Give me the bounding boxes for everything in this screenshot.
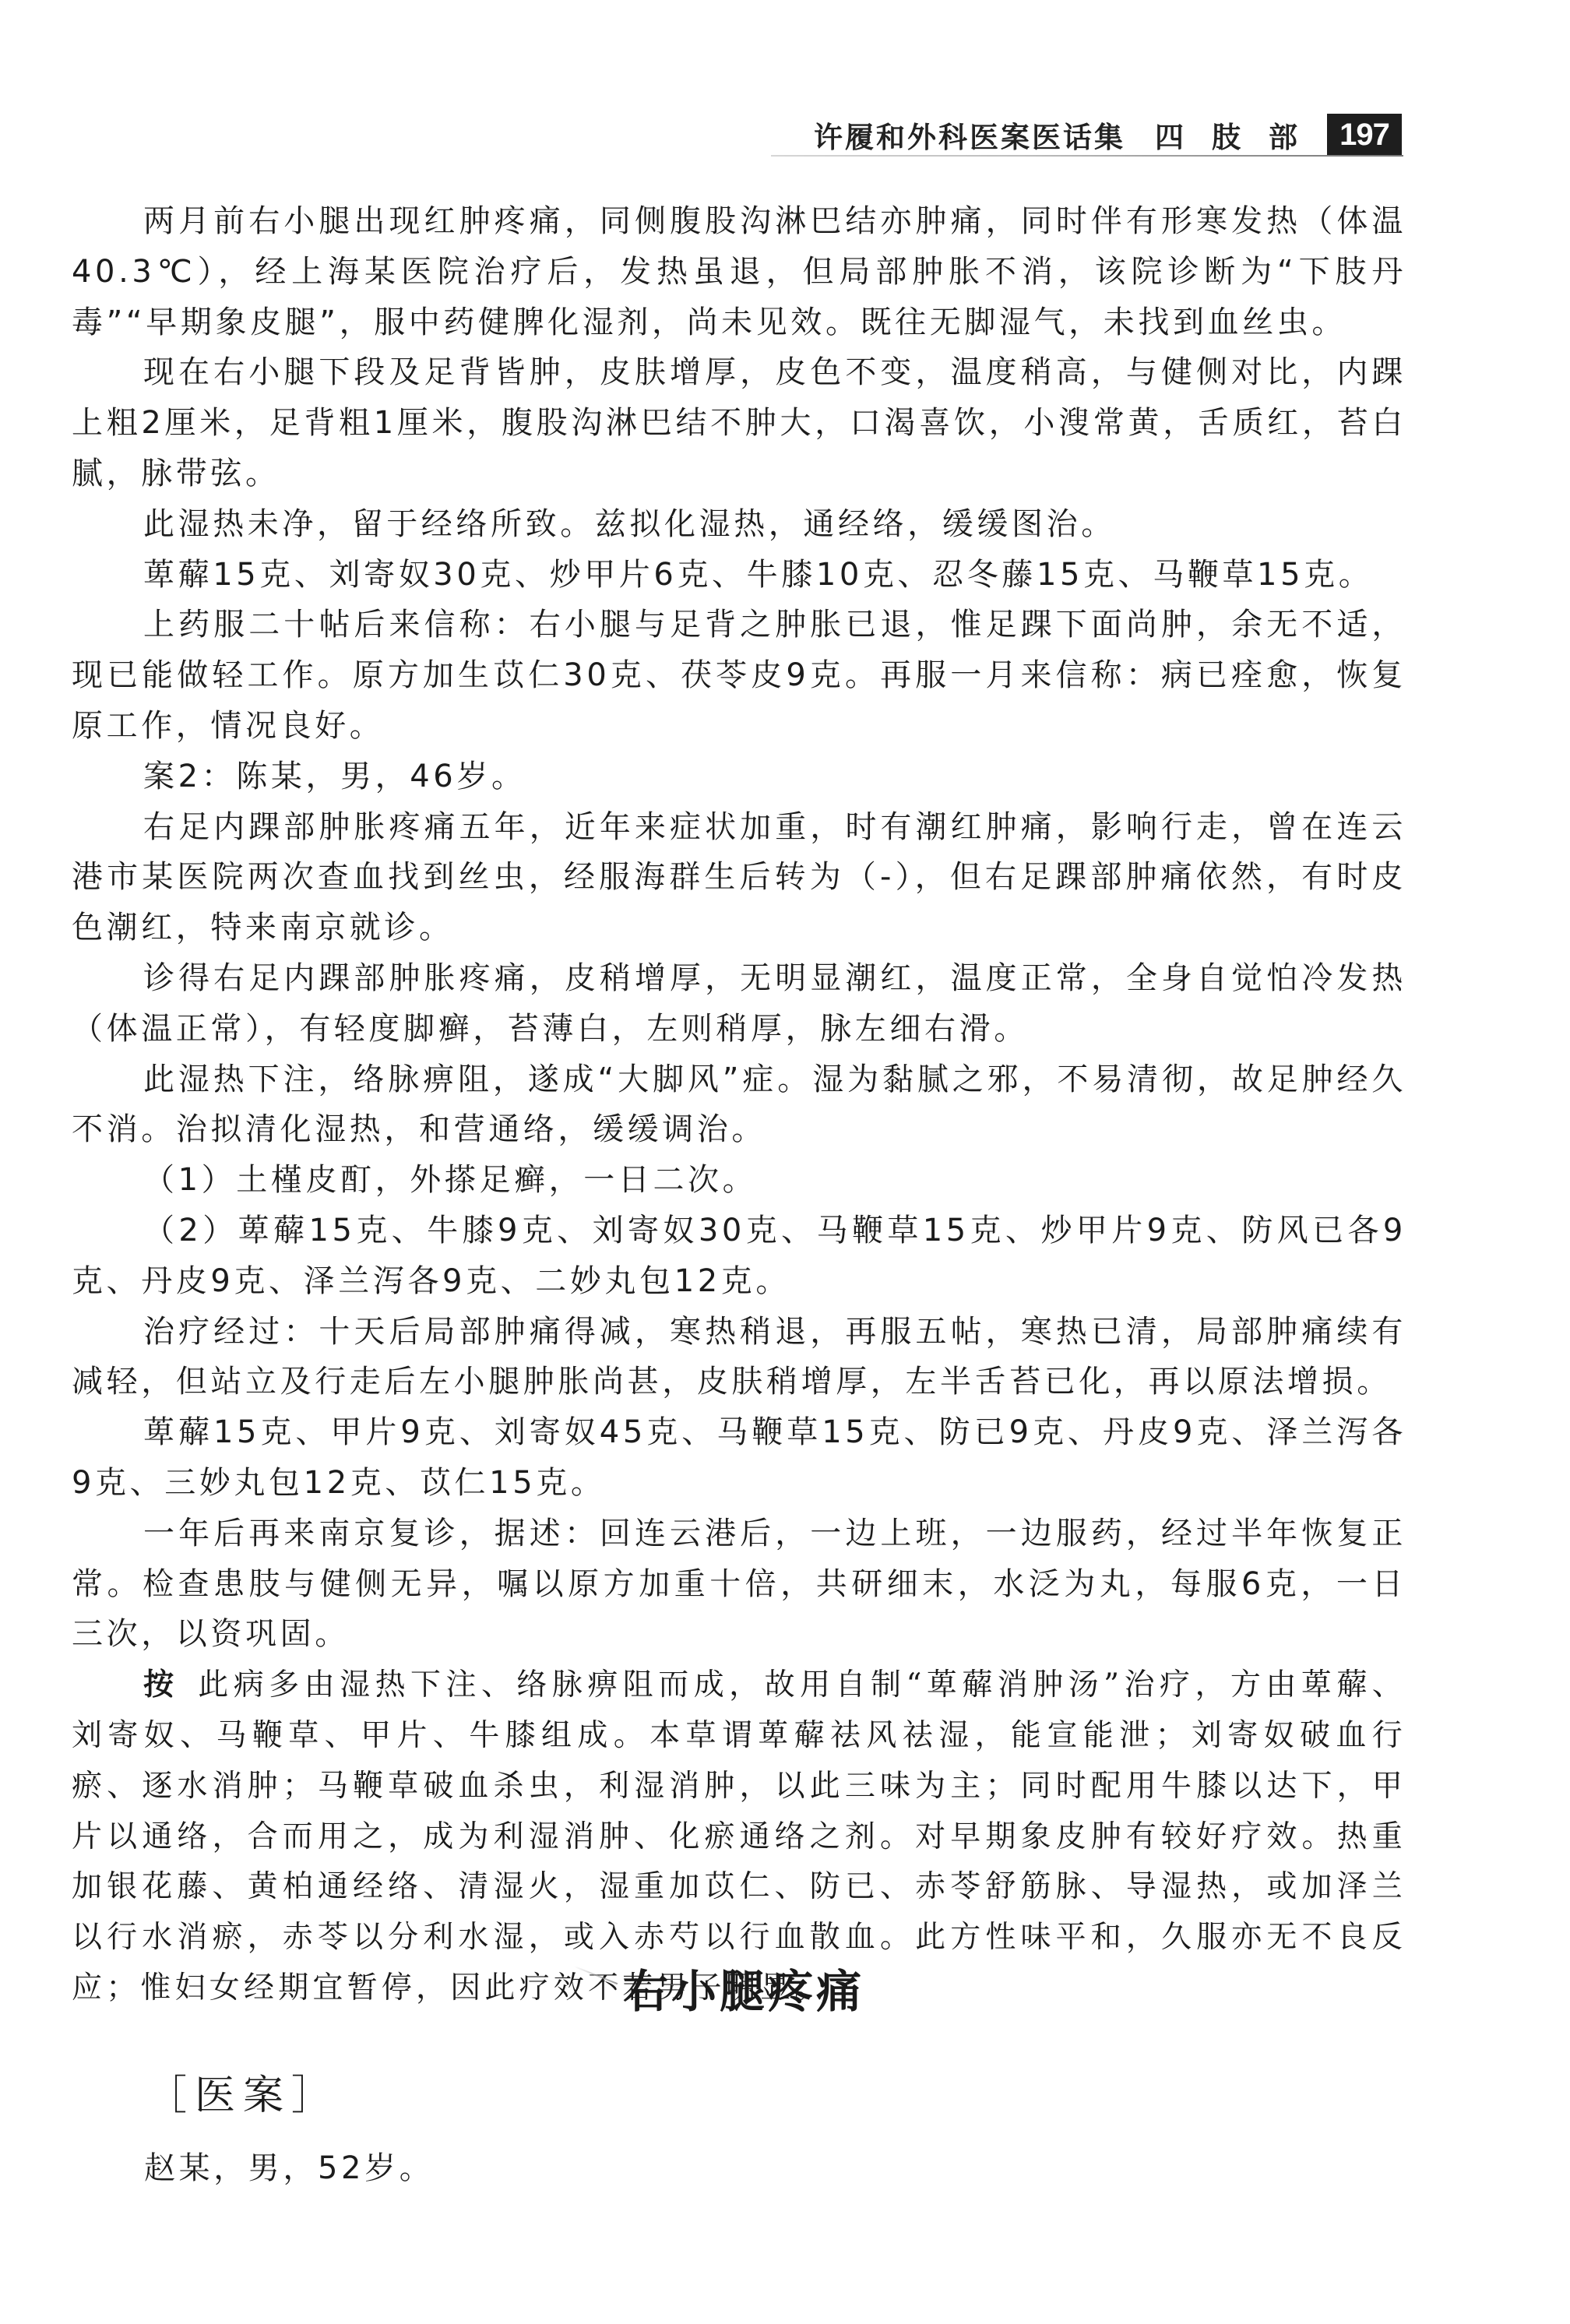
page-number-badge: 197 — [1327, 114, 1402, 156]
paragraph: 上药服二十帖后来信称：右小腿与足背之肿胀已退，惟足踝下面尚肿，余无不适，现已能做… — [72, 600, 1406, 751]
prescription: （2）萆薢15克、牛膝9克、刘寄奴30克、马鞭草15克、炒甲片9克、防风已各9克… — [72, 1206, 1406, 1307]
body-text: 两月前右小腿出现红肿疼痛，同侧腹股沟淋巴结亦肿痛，同时伴有形寒发热（体温40.3… — [72, 196, 1406, 2014]
paragraph: 现在右小腿下段及足背皆肿，皮肤增厚，皮色不变，温度稍高，与健侧对比，内踝上粗2厘… — [72, 347, 1406, 498]
paragraph: 两月前右小腿出现红肿疼痛，同侧腹股沟淋巴结亦肿痛，同时伴有形寒发热（体温40.3… — [72, 196, 1406, 347]
paragraph: 此湿热下注，络脉痹阻，遂成“大脚风”症。湿为黏腻之邪，不易清彻，故足肿经久不消。… — [72, 1055, 1406, 1156]
paragraph: 一年后再来南京复诊，据述：回连云港后，一边上班，一边服药，经过半年恢复正常。检查… — [72, 1509, 1406, 1660]
running-header: 许履和外科医案医话集 四肢部 197 — [787, 113, 1402, 157]
paragraph: 诊得右足内踝部肿胀疼痛，皮稍增厚，无明显潮红，温度正常，全身自觉怕冷发热（体温正… — [72, 953, 1406, 1055]
paragraph: 此湿热未净，留于经络所致。兹拟化湿热，通经络，缓缓图治。 — [72, 499, 1406, 550]
prescription: （1）土槿皮酊，外搽足癣，一日二次。 — [72, 1155, 1406, 1206]
header-rule — [771, 155, 1403, 157]
section-heading: 右小腿疼痛 — [615, 1955, 872, 2020]
case-patient-line: 赵某，男，52岁。 — [144, 2143, 434, 2188]
paragraph: 治疗经过：十天后局部肿痛得减，寒热稍退，再服五帖，寒热已清，局部肿痛续有减轻，但… — [72, 1307, 1406, 1408]
paragraph: 右足内踝部肿胀疼痛五年，近年来症状加重，时有潮红肿痛，影响行走，曾在连云港市某医… — [72, 802, 1406, 953]
prescription: 萆薢15克、刘寄奴30克、炒甲片6克、牛膝10克、忍冬藤15克、马鞭草15克。 — [72, 550, 1406, 600]
prescription: 萆薢15克、甲片9克、刘寄奴45克、马鞭草15克、防已9克、丹皮9克、泽兰泻各9… — [72, 1407, 1406, 1509]
book-title: 许履和外科医案医话集 — [814, 114, 1125, 156]
case-header: 案2：陈某，男，46岁。 — [72, 752, 1406, 802]
section-name: 四肢部 — [1155, 114, 1325, 156]
book-page: 许履和外科医案医话集 四肢部 197 两月前右小腿出现红肿疼痛，同侧腹股沟淋巴结… — [0, 0, 1570, 2324]
note-label: 按 — [143, 1667, 174, 1703]
case-label: ［医案］ — [146, 2062, 340, 2121]
